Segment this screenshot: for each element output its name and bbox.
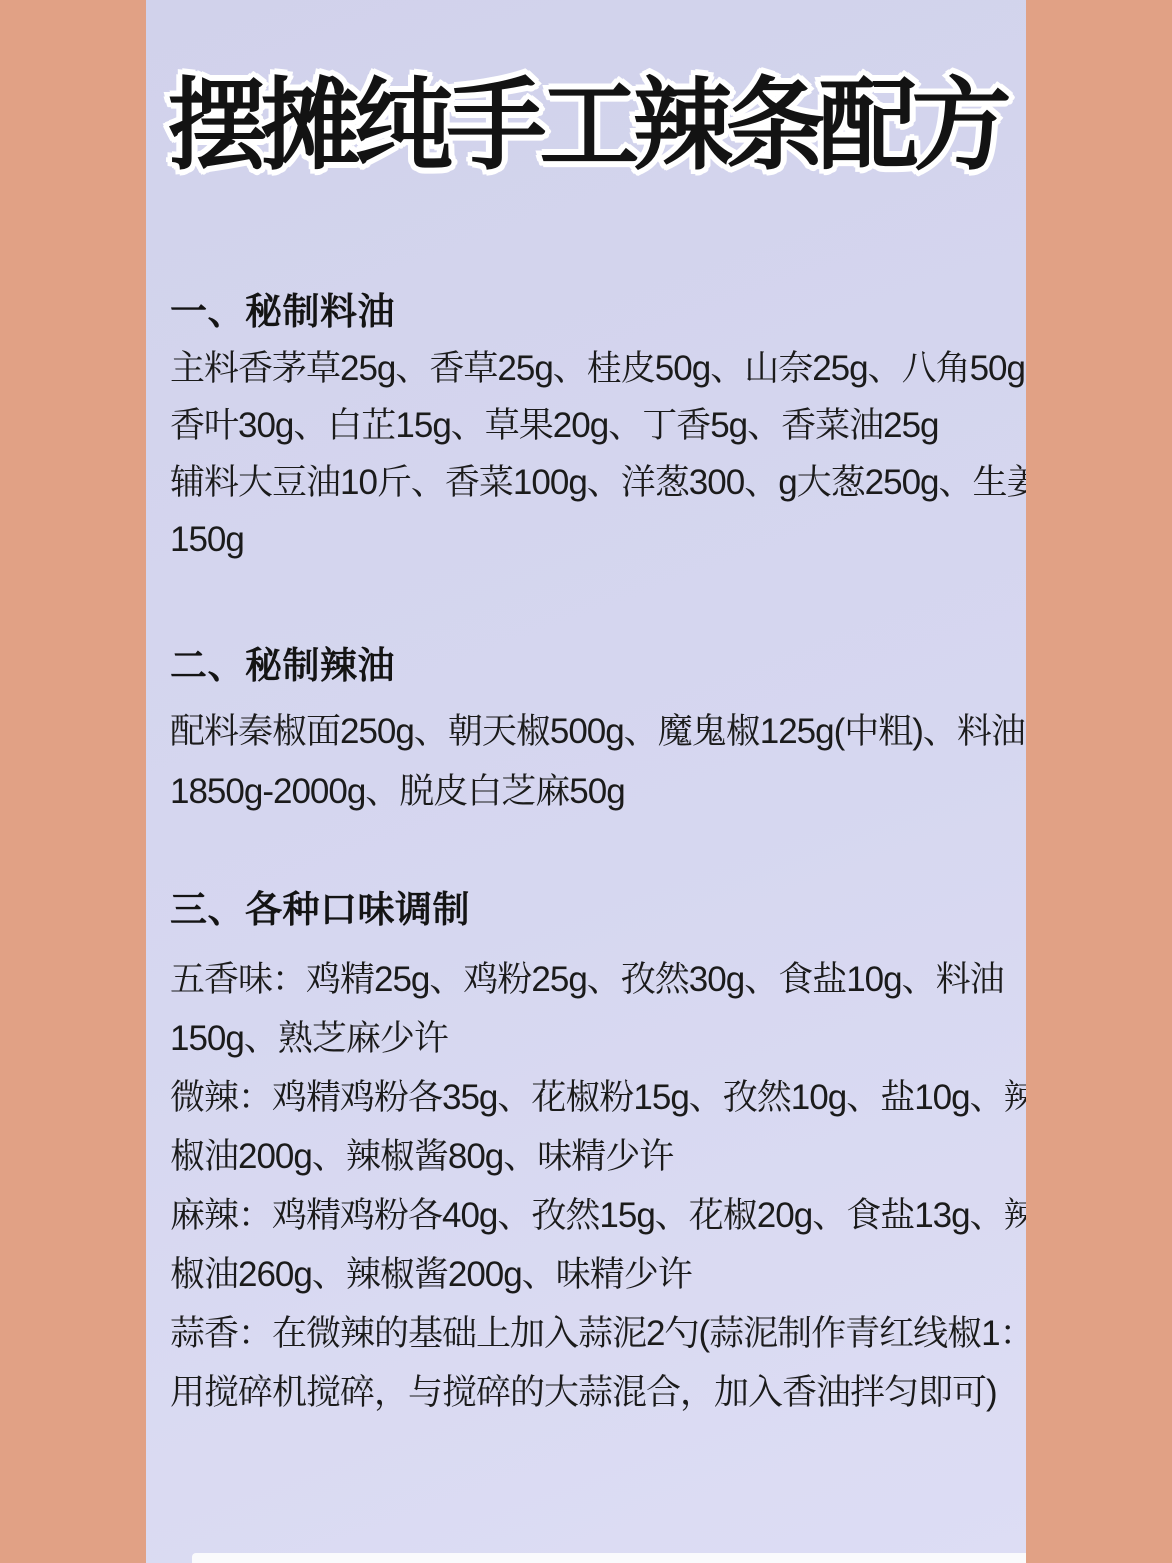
recipe-line: 主料香茅草25g、香草25g、桂皮50g、山奈25g、八角50g、 bbox=[170, 340, 1026, 397]
page-background: 摆摊纯手工辣条配方 一、秘制料油 主料香茅草25g、香草25g、桂皮50g、山奈… bbox=[0, 0, 1172, 1563]
recipe-line: 椒油200g、辣椒酱80g、味精少许 bbox=[170, 1127, 1026, 1186]
section-body: 配料秦椒面250g、朝天椒500g、魔鬼椒125g(中粗)、料油 1850g-2… bbox=[170, 702, 1026, 822]
recipe-line: 五香味：鸡精25g、鸡粉25g、孜然30g、食盐10g、料油 bbox=[170, 950, 1026, 1009]
recipe-line: 麻辣：鸡精鸡粉各40g、孜然15g、花椒20g、食盐13g、辣 bbox=[170, 1186, 1026, 1245]
section-flavors: 三、各种口味调制 五香味：鸡精25g、鸡粉25g、孜然30g、食盐10g、料油 … bbox=[170, 881, 1026, 1422]
recipe-line: 配料秦椒面250g、朝天椒500g、魔鬼椒125g(中粗)、料油 bbox=[170, 702, 1026, 762]
section-body: 五香味：鸡精25g、鸡粉25g、孜然30g、食盐10g、料油 150g、熟芝麻少… bbox=[170, 950, 1026, 1422]
section-body: 主料香茅草25g、香草25g、桂皮50g、山奈25g、八角50g、 香叶30g、… bbox=[170, 340, 1026, 568]
recipe-line: 用搅碎机搅碎，与搅碎的大蒜混合，加入香油拌匀即可) bbox=[170, 1363, 1026, 1422]
section-heading: 一、秘制料油 bbox=[170, 283, 1026, 340]
recipe-line: 微辣：鸡精鸡粉各35g、花椒粉15g、孜然10g、盐10g、辣 bbox=[170, 1068, 1026, 1127]
recipe-line: 辅料大豆油10斤、香菜100g、洋葱300、g大葱250g、生姜 bbox=[170, 454, 1026, 511]
recipe-line: 蒜香：在微辣的基础上加入蒜泥2勺(蒜泥制作青红线椒1：1， bbox=[170, 1304, 1026, 1363]
recipe-line: 椒油260g、辣椒酱200g、味精少许 bbox=[170, 1245, 1026, 1304]
section-heading: 二、秘制辣油 bbox=[170, 637, 1026, 694]
recipe-line: 香叶30g、白芷15g、草果20g、丁香5g、香菜油25g bbox=[170, 397, 1026, 454]
recipe-line: 150g、熟芝麻少许 bbox=[170, 1009, 1026, 1068]
bottom-paper-edge bbox=[192, 1553, 1026, 1563]
section-secret-oil: 一、秘制料油 主料香茅草25g、香草25g、桂皮50g、山奈25g、八角50g、… bbox=[170, 283, 1026, 568]
page-title: 摆摊纯手工辣条配方 bbox=[146, 64, 1026, 189]
recipe-line: 150g bbox=[170, 511, 1026, 568]
section-chili-oil: 二、秘制辣油 配料秦椒面250g、朝天椒500g、魔鬼椒125g(中粗)、料油 … bbox=[170, 637, 1026, 822]
section-heading: 三、各种口味调制 bbox=[170, 881, 1026, 938]
recipe-line: 1850g-2000g、脱皮白芝麻50g bbox=[170, 762, 1026, 822]
recipe-card: 摆摊纯手工辣条配方 一、秘制料油 主料香茅草25g、香草25g、桂皮50g、山奈… bbox=[146, 0, 1026, 1563]
